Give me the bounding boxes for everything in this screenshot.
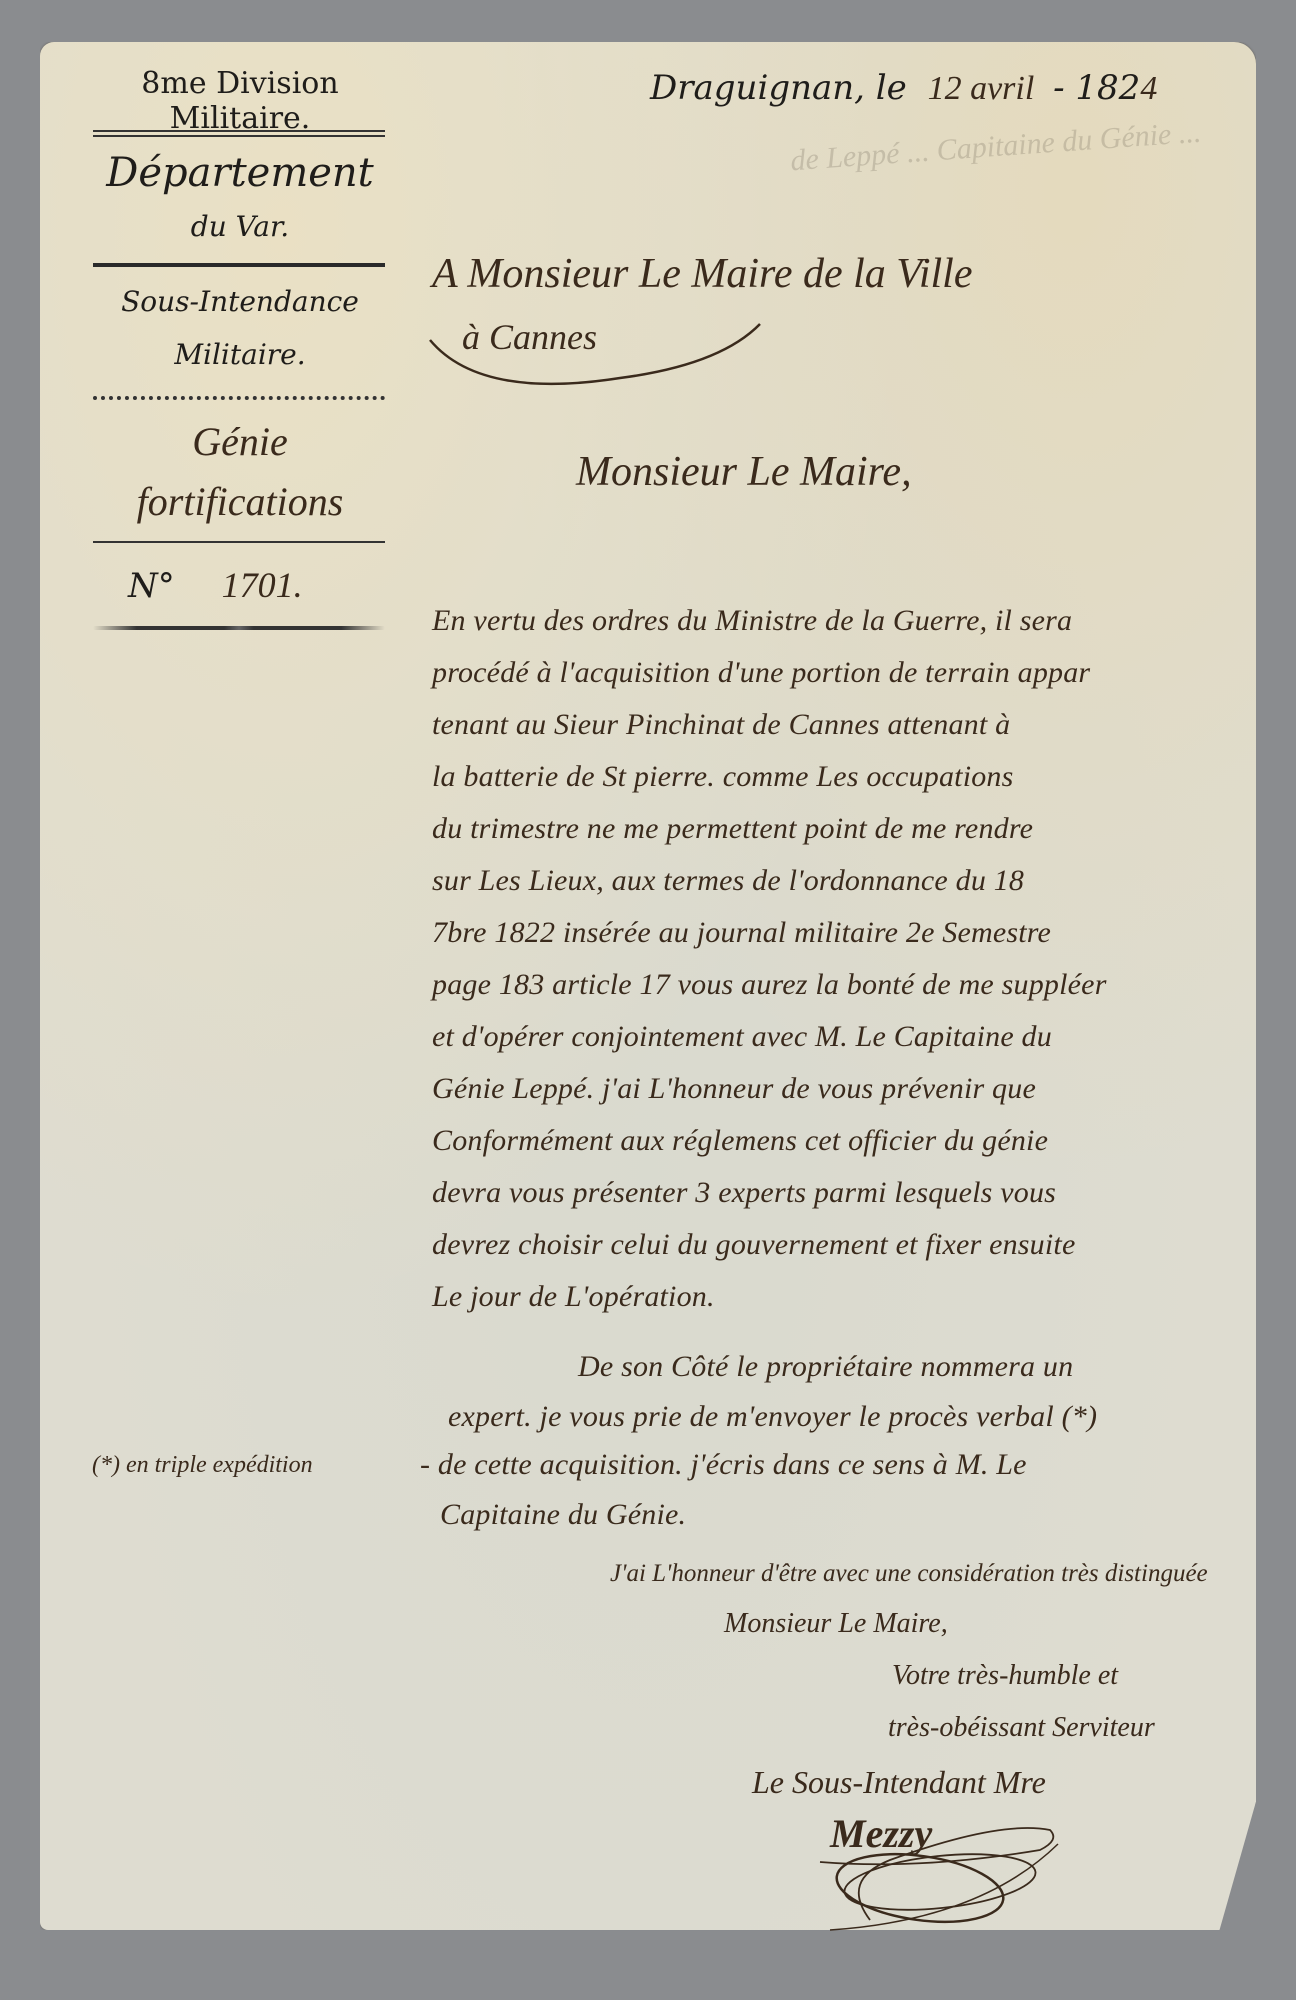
subject-line2: fortifications	[80, 478, 400, 525]
closing-line1: J'ai L'honneur d'être avec une considéra…	[610, 1560, 1208, 1588]
service-line1: Sous-Intendance	[80, 285, 400, 318]
department-name: du Var.	[80, 210, 400, 243]
number-label: N°	[128, 566, 175, 606]
body-line: Conformément aux réglemens cet officier …	[432, 1124, 1232, 1158]
rule-thick	[93, 263, 385, 267]
closing-line2: Monsieur Le Maire,	[724, 1608, 948, 1640]
body-line: 7bre 1822 insérée au journal militaire 2…	[432, 916, 1232, 950]
subject-line1: Génie	[80, 418, 400, 465]
closing-line3: Votre très-humble et	[892, 1660, 1118, 1692]
rule-double	[93, 130, 385, 137]
number-row: N° 1701.	[128, 564, 303, 606]
signer-title: Le Sous-Intendant Mre	[752, 1764, 1046, 1801]
date-year-suffix: 4	[1140, 70, 1157, 107]
body-line: De son Côté le propriétaire nommera un	[578, 1350, 1296, 1384]
body-line: Capitaine du Génie.	[440, 1498, 1240, 1532]
body-line: procédé à l'acquisition d'une portion de…	[432, 656, 1232, 690]
rule-thin	[93, 541, 385, 543]
margin-footnote: (*) en triple expédition	[92, 1452, 313, 1479]
place-date: Draguignan, le 12 avril - 1824	[650, 68, 1157, 108]
date-year-prefix: - 182	[1053, 68, 1140, 108]
body-line: - de cette acquisition. j'écris dans ce …	[420, 1448, 1220, 1482]
number-value: 1701.	[222, 565, 303, 605]
closing-line4: très-obéissant Serviteur	[888, 1712, 1155, 1744]
body-line: expert. je vous prie de m'envoyer le pro…	[448, 1400, 1248, 1434]
body-line: Génie Leppé. j'ai L'honneur de vous prév…	[432, 1072, 1232, 1106]
rule-wavy	[93, 396, 385, 400]
division-text: 8me Division Militaire.	[141, 66, 338, 136]
department-label: Département	[80, 150, 400, 196]
rule-swell	[93, 626, 385, 630]
body-line: du trimestre ne me permettent point de m…	[432, 812, 1232, 846]
division-heading: 8me Division Militaire.	[80, 66, 400, 136]
body-line: page 183 article 17 vous aurez la bonté …	[432, 968, 1232, 1002]
date-day-month: 12 avril	[928, 70, 1035, 107]
addressee-line1: A Monsieur Le Maire de la Ville	[432, 250, 972, 298]
salutation: Monsieur Le Maire,	[576, 448, 912, 496]
service-line2: Militaire.	[80, 338, 400, 371]
body-line: tenant au Sieur Pinchinat de Cannes atte…	[432, 708, 1232, 742]
place-text: Draguignan, le	[650, 68, 907, 108]
body-line: sur Les Lieux, aux termes de l'ordonnanc…	[432, 864, 1232, 898]
body-line: et d'opérer conjointement avec M. Le Cap…	[432, 1020, 1232, 1054]
body-line: la batterie de St pierre. comme Les occu…	[432, 760, 1232, 794]
body-line: devrez choisir celui du gouvernement et …	[432, 1228, 1232, 1262]
body-line: En vertu des ordres du Ministre de la Gu…	[432, 604, 1232, 638]
signature-paraph-icon	[800, 1820, 1180, 1950]
body-line: devra vous présenter 3 experts parmi les…	[432, 1176, 1232, 1210]
body-line: Le jour de L'opération.	[432, 1280, 1232, 1314]
addressee-underline-flourish	[420, 310, 780, 390]
